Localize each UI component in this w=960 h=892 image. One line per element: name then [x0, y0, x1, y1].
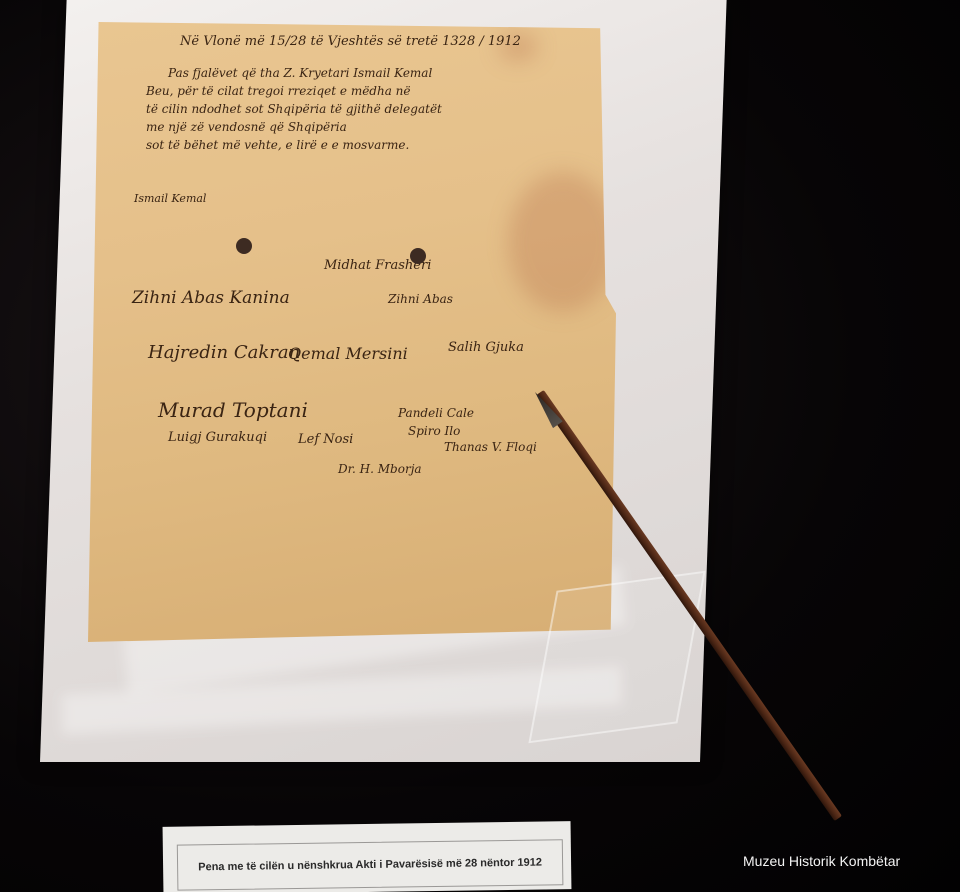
document-heading: Në Vlonë më 15/28 të Vjeshtës së tretë 1…	[180, 34, 521, 49]
signature: Qemal Mersini	[288, 344, 408, 363]
signature: Lef Nosi	[298, 432, 353, 447]
signature: Zihni Abas Kanina	[132, 288, 290, 308]
signature: Thanas V. Floqi	[444, 440, 537, 454]
signature: Ismail Kemal	[134, 192, 206, 205]
museum-credit: Muzeu Historik Kombëtar	[743, 853, 900, 869]
signature: Murad Toptani	[158, 398, 308, 422]
signature: Zihni Abas	[388, 292, 453, 306]
document-line: me një zë vendosnë që Shqipëria	[146, 120, 347, 134]
document-line: sot të bëhet më vehte, e lirë e e mosvar…	[146, 138, 409, 152]
signature: Dr. H. Mborja	[338, 462, 422, 476]
document-line: Pas fjalëvet që tha Z. Kryetari Ismail K…	[168, 66, 432, 80]
stain	[508, 172, 618, 312]
exhibit-label: Pena me të cilën u nënshkrua Akti i Pava…	[163, 821, 572, 892]
wax-seal	[410, 248, 426, 264]
wax-seal	[236, 238, 252, 254]
label-frame: Pena me të cilën u nënshkrua Akti i Pava…	[177, 839, 564, 890]
signature: Hajredin Cakran	[148, 342, 300, 363]
signature: Luigj Gurakuqi	[168, 430, 267, 445]
signature: Pandeli Cale	[398, 406, 474, 420]
signature: Salih Gjuka	[448, 340, 524, 355]
signature: Spiro Ilo	[408, 424, 460, 438]
document-line: Beu, për të cilat tregoi rreziqet e mëdh…	[146, 84, 411, 98]
caption-text: Pena me të cilën u nënshkrua Akti i Pava…	[198, 857, 542, 874]
declaration-document: Në Vlonë më 15/28 të Vjeshtës së tretë 1…	[88, 22, 616, 642]
document-line: të cilin ndodhet sot Shqipëria të gjithë…	[146, 102, 442, 116]
